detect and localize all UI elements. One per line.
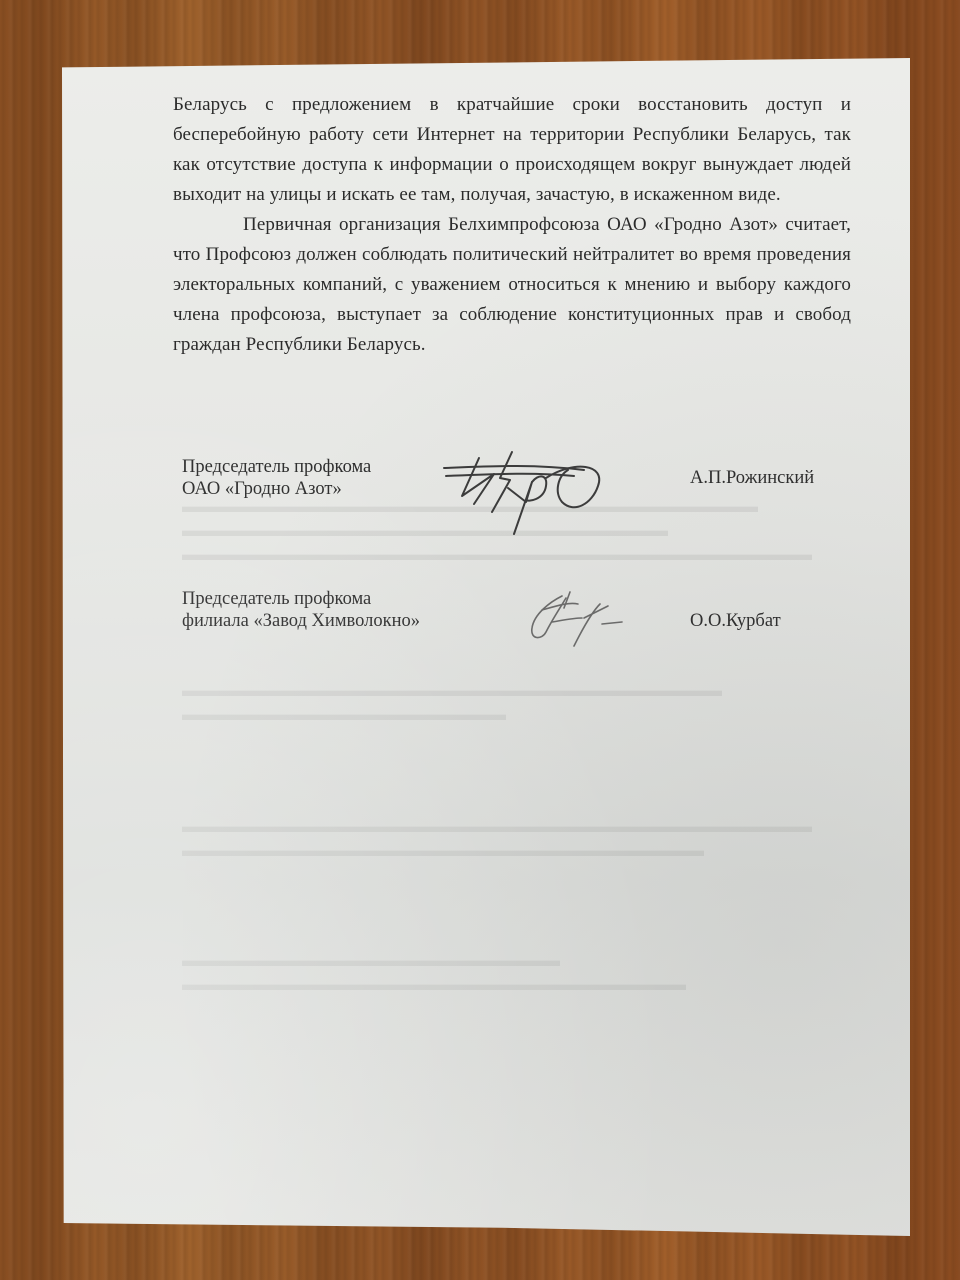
bleed-through-text: ▬▬▬▬▬▬▬▬▬▬▬▬▬▬▬▬▬▬▬▬▬▬▬▬▬▬▬▬▬▬▬▬▬▬▬ xyxy=(182,814,812,838)
bleed-through-text: ▬▬▬▬▬▬▬▬▬▬▬▬▬▬▬▬▬▬▬▬▬ xyxy=(182,948,560,972)
handwritten-signature-icon xyxy=(434,446,614,546)
bleed-through-text: ▬▬▬▬▬▬▬▬▬▬▬▬▬▬▬▬▬▬▬▬▬▬▬▬▬▬▬▬▬▬ xyxy=(182,678,722,702)
paragraph-internet-access: Беларусь с предложением в кратчайшие сро… xyxy=(173,90,851,210)
signatory-title: Председатель профкома xyxy=(182,588,420,610)
signatory-name: А.П.Рожинский xyxy=(690,468,814,489)
signatory-zavod-khimvolokno: Председатель профкома филиала «Завод Хим… xyxy=(182,588,420,632)
letter-body: Беларусь с предложением в кратчайшие сро… xyxy=(173,90,851,360)
document-page: Беларусь с предложением в кратчайшие сро… xyxy=(62,58,910,1236)
signatory-grodno-azot: Председатель профкома ОАО «Гродно Азот» xyxy=(182,456,371,500)
bleed-through-text: ▬▬▬▬▬▬▬▬▬▬▬▬▬▬▬▬▬▬ xyxy=(182,702,506,726)
bleed-through-text: ▬▬▬▬▬▬▬▬▬▬▬▬▬▬▬▬▬▬▬▬▬▬▬▬▬▬▬▬▬ xyxy=(182,838,704,862)
signatory-name: О.О.Курбат xyxy=(690,611,781,632)
paragraph-political-neutrality: Первичная организация Белхимпрофсоюза ОА… xyxy=(173,210,851,360)
handwritten-signature-icon xyxy=(512,578,632,658)
signatory-organization: ОАО «Гродно Азот» xyxy=(182,478,371,500)
bleed-through-text: ▬▬▬▬▬▬▬▬▬▬▬▬▬▬▬▬▬▬▬▬▬▬▬▬▬▬▬▬ xyxy=(182,972,686,996)
signatory-title: Председатель профкома xyxy=(182,456,371,478)
signatory-organization: филиала «Завод Химволокно» xyxy=(182,610,420,632)
